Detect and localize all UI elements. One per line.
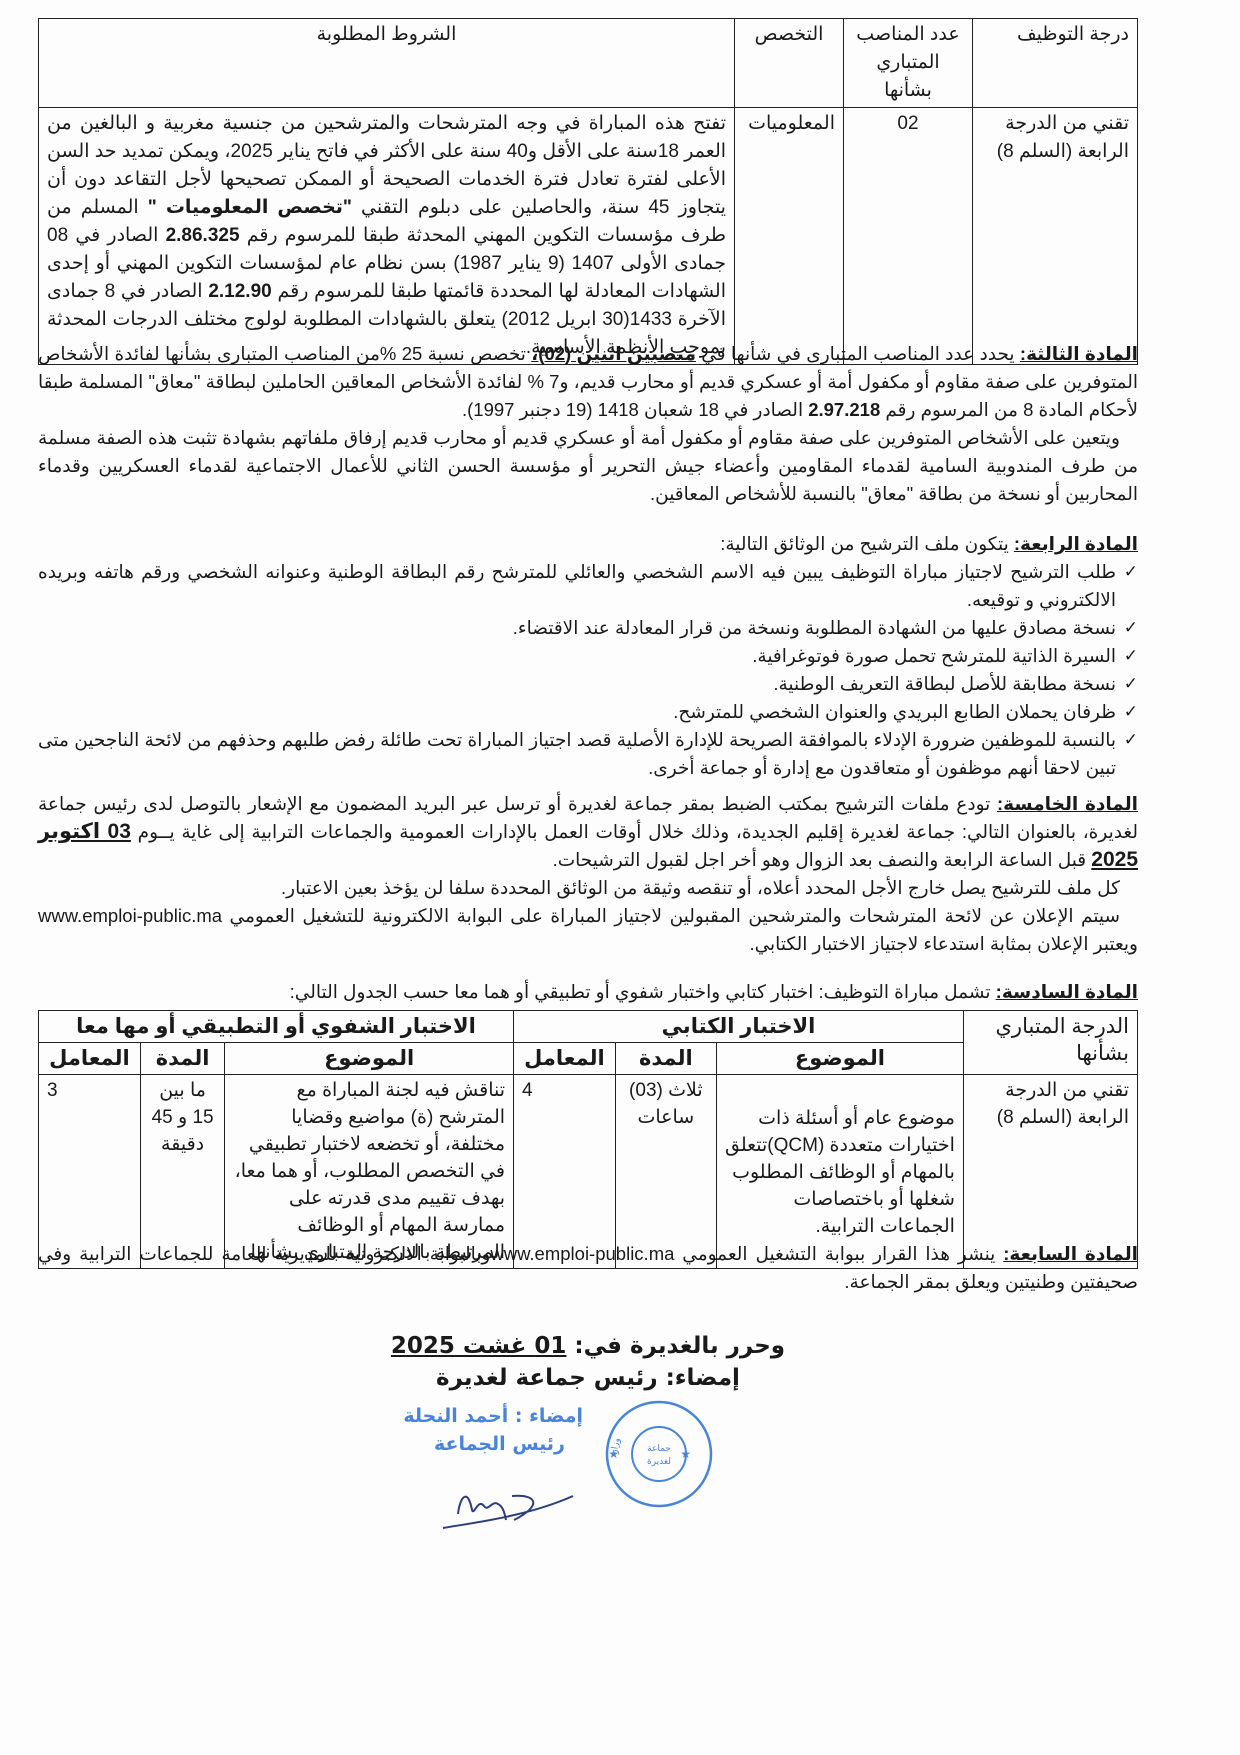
list-item: ✓ظرفان يحملان الطابع البريدي والعنوان ال…: [38, 698, 1138, 726]
svg-text:جماعة: جماعة: [647, 1444, 671, 1454]
article-6-title: المادة السادسة:: [996, 981, 1138, 1002]
header-written-exam: الاختبار الكتابي: [514, 1011, 964, 1043]
check-icon: ✓: [1124, 558, 1138, 586]
header-grade: الدرجة المتباري بشأنها: [963, 1011, 1137, 1075]
article-text: ينشر هذا القرار ببوابة التشغيل العمومي w…: [38, 1243, 1138, 1292]
cell-specialty: المعلوميات: [735, 108, 844, 365]
cell-grade: تقني من الدرجة الرابعة (السلم 8): [973, 108, 1138, 365]
document-item: نسخة مطابقة للأصل لبطاقة التعريف الوطنية…: [773, 673, 1116, 694]
signing-date: 01 غشت 2025: [391, 1333, 567, 1359]
document-item: بالنسبة للموظفين ضرورة الإدلاء بالموافقة…: [38, 729, 1116, 778]
article-text: يتكون ملف الترشيح من الوثائق التالية:: [720, 533, 1014, 554]
article-4-intro: المادة الرابعة: يتكون ملف الترشيح من الو…: [38, 530, 1138, 558]
article-4-title: المادة الرابعة:: [1014, 533, 1138, 554]
article-text: يحدد عدد المناصب المتبارى في شأنها في: [696, 343, 1020, 364]
article-7-title: المادة السابعة:: [1003, 1243, 1138, 1264]
header-written-coef: المعامل: [514, 1043, 616, 1075]
exams-table-header-1: الدرجة المتباري بشأنها الاختبار الكتابي …: [39, 1011, 1138, 1043]
article-text: تشمل مباراة التوظيف: اختبار كتابي واختبا…: [290, 981, 996, 1002]
positions-table-header: درجة التوظيف عدد المناصب المتباري بشأنها…: [39, 19, 1138, 108]
header-oral-subject: الموضوع: [225, 1043, 514, 1075]
signature-title: إمضاء: رئيس جماعة لغديرة: [38, 1362, 1138, 1394]
document-item: طلب الترشيح لاجتياز مباراة التوظيف يبين …: [38, 561, 1116, 610]
article-text: تودع ملفات الترشيح بمكتب الضبط بمقر جماع…: [38, 793, 1138, 842]
header-oral-coef: المعامل: [39, 1043, 141, 1075]
document-item: نسخة مصادق عليها من الشهادة المطلوبة ونس…: [513, 617, 1116, 638]
check-icon: ✓: [1124, 642, 1138, 670]
header-oral-duration: المدة: [140, 1043, 224, 1075]
conditions-diploma: "تخصص المعلوميات ": [148, 197, 352, 218]
list-item: ✓طلب الترشيح لاجتياز مباراة التوظيف يبين…: [38, 558, 1138, 614]
signatory-name: إمضاء : أحمد النحلة: [403, 1402, 583, 1430]
article-text: قبل الساعة الرابعة والنصف بعد الزوال وهو…: [553, 849, 1092, 870]
svg-text:★: ★: [680, 1447, 691, 1461]
svg-text:لغديرة: لغديرة: [647, 1457, 671, 1467]
cell-conditions: تفتح هذه المباراة في وجه المترشحات والمت…: [39, 108, 735, 365]
article-5-paragraph-2: كل ملف للترشيح يصل خارج الأجل المحدد أعل…: [38, 874, 1138, 902]
article-3: المادة الثالثة: يحدد عدد المناصب المتبار…: [38, 340, 1138, 508]
list-item: ✓السيرة الذاتية للمترشح تحمل صورة فوتوغر…: [38, 642, 1138, 670]
article-3-paragraph: المادة الثالثة: يحدد عدد المناصب المتبار…: [38, 340, 1138, 424]
cell-count: 02: [844, 108, 973, 365]
place-label: وحرر بالغديرة في:: [566, 1333, 785, 1359]
signature-scribble-icon: [438, 1476, 578, 1536]
article-5: المادة الخامسة: تودع ملفات الترشيح بمكتب…: [38, 790, 1138, 958]
handwritten-signature-block: إمضاء : أحمد النحلة رئيس الجماعة: [403, 1402, 583, 1458]
check-icon: ✓: [1124, 614, 1138, 642]
closing-block: وحرر بالغديرة في: 01 غشت 2025 إمضاء: رئي…: [38, 1330, 1138, 1394]
closing-date-line: وحرر بالغديرة في: 01 غشت 2025: [38, 1330, 1138, 1362]
header-count: عدد المناصب المتباري بشأنها: [844, 19, 973, 108]
article-3-paragraph-2: ويتعين على الأشخاص المتوفرين على صفة مقا…: [38, 424, 1138, 508]
list-item: ✓نسخة مطابقة للأصل لبطاقة التعريف الوطني…: [38, 670, 1138, 698]
article-5-paragraph: المادة الخامسة: تودع ملفات الترشيح بمكتب…: [38, 790, 1138, 874]
document-item: ظرفان يحملان الطابع البريدي والعنوان الش…: [673, 701, 1116, 722]
check-icon: ✓: [1124, 698, 1138, 726]
positions-table: درجة التوظيف عدد المناصب المتباري بشأنها…: [38, 18, 1138, 365]
article-7: المادة السابعة: ينشر هذا القرار ببوابة ا…: [38, 1240, 1138, 1296]
article-6: المادة السادسة: تشمل مباراة التوظيف: اخت…: [38, 978, 1138, 1006]
signatory-role: رئيس الجماعة: [403, 1430, 583, 1458]
article-5-paragraph-3: سيتم الإعلان عن لائحة المترشحات والمترشح…: [38, 902, 1138, 958]
header-oral-exam: الاختبار الشفوي أو التطبيقي أو مها معا: [39, 1011, 514, 1043]
article-text: الصادر في 18 شعبان 1418 (19 دجنبر 1997).: [462, 399, 808, 420]
list-item: ✓بالنسبة للموظفين ضرورة الإدلاء بالموافق…: [38, 726, 1138, 782]
decree-number: 2.86.325: [166, 225, 240, 246]
header-grade: درجة التوظيف: [973, 19, 1138, 108]
table-row: تقني من الدرجة الرابعة (السلم 8) 02 المع…: [39, 108, 1138, 365]
header-written-subject: الموضوع: [716, 1043, 963, 1075]
exams-table: الدرجة المتباري بشأنها الاختبار الكتابي …: [38, 1010, 1138, 1269]
header-conditions: الشروط المطلوبة: [39, 19, 735, 108]
document-item: السيرة الذاتية للمترشح تحمل صورة فوتوغرا…: [752, 645, 1116, 666]
svg-text:وزارة الداخلية: وزارة الداخلية: [603, 1398, 623, 1455]
decree-number: 2.97.218: [808, 399, 880, 420]
official-stamp-icon: جماعة لغديرة ★ ★ وزارة الداخلية: [603, 1398, 715, 1510]
check-icon: ✓: [1124, 670, 1138, 698]
article-3-title: المادة الثالثة:: [1020, 343, 1138, 364]
article-5-title: المادة الخامسة:: [997, 793, 1138, 814]
header-written-duration: المدة: [615, 1043, 716, 1075]
decree-number: 2.12.90: [208, 281, 271, 302]
required-documents-list: ✓طلب الترشيح لاجتياز مباراة التوظيف يبين…: [38, 558, 1138, 782]
check-icon: ✓: [1124, 726, 1138, 754]
article-4: المادة الرابعة: يتكون ملف الترشيح من الو…: [38, 530, 1138, 782]
list-item: ✓نسخة مصادق عليها من الشهادة المطلوبة ون…: [38, 614, 1138, 642]
positions-count: منصبين اثنين (02)،: [531, 343, 696, 364]
header-specialty: التخصص: [735, 19, 844, 108]
